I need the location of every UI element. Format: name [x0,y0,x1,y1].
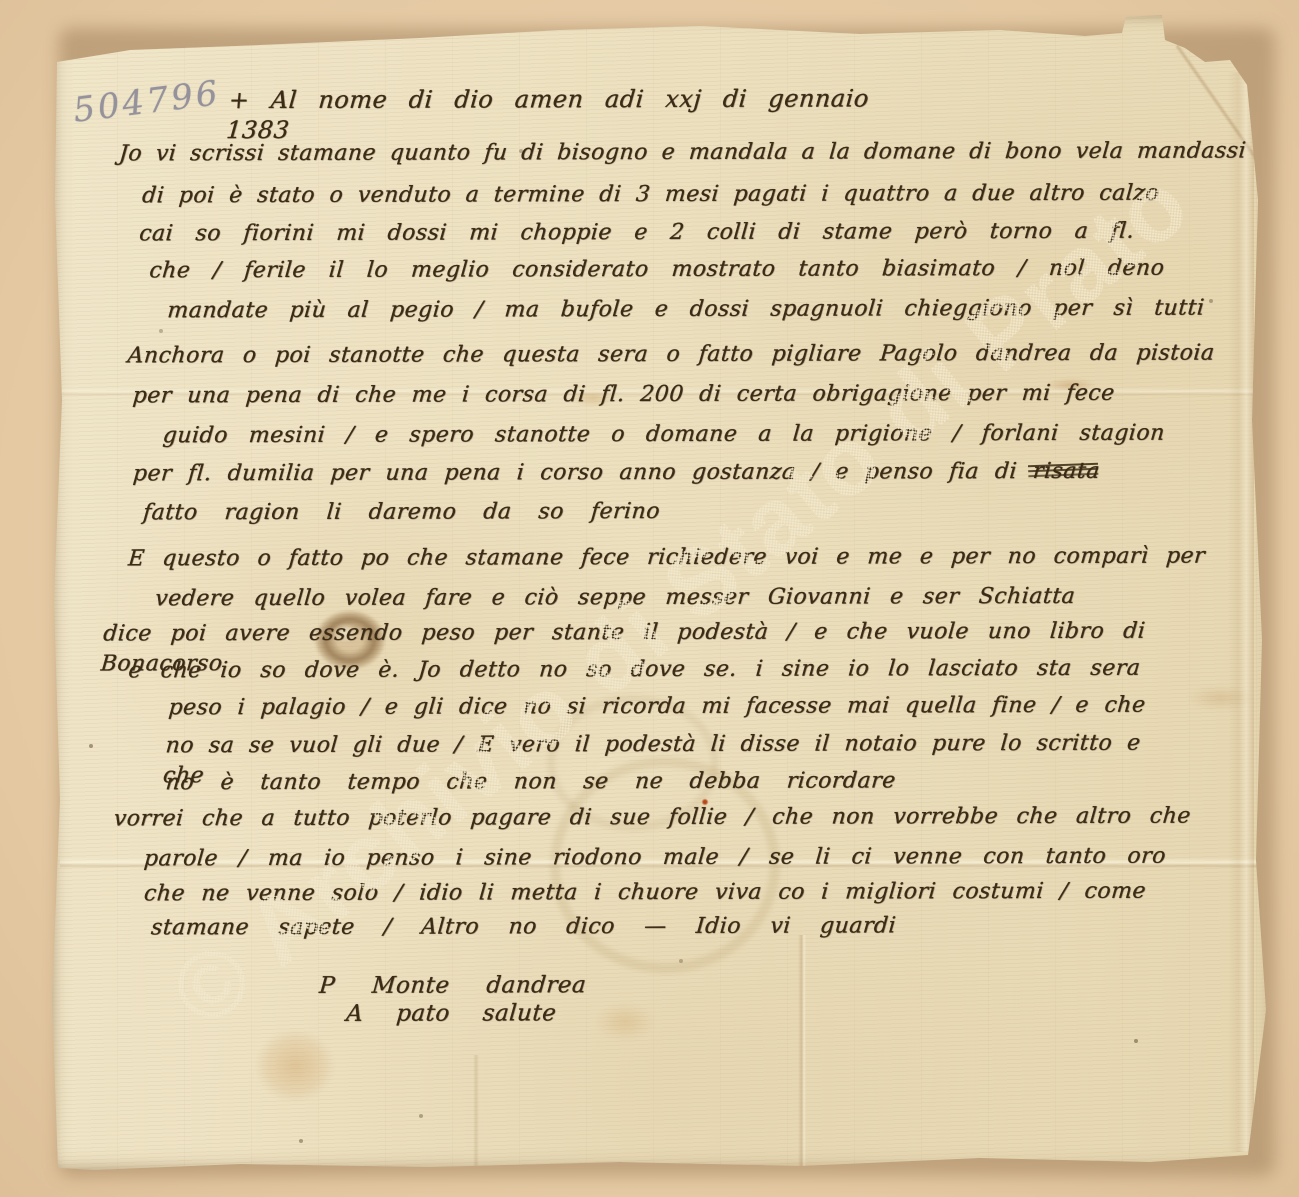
manuscript-line: peso i palagio / e gli dice no si ricord… [167,691,1147,728]
manuscript-line: cai so fiorini mi dossi mi choppie e 2 c… [138,217,1136,254]
manuscript-line: Anchora o poi stanotte che questa sera o… [126,339,1216,376]
red-wax-dot [701,798,709,806]
manuscript-line: parole / ma io penso i sine riodono male… [142,842,1167,879]
manuscript-line: fatto ragion li daremo da so ferino [141,497,661,532]
manuscript-line: che ne venne solo / idio li metta i chuo… [142,877,1147,914]
address-line: A pato salute [345,998,558,1033]
manuscript-paper: 504796 + Al nome di dio amen adi xxj di … [50,12,1275,1172]
scanned-letter-stage: 504796 + Al nome di dio amen adi xxj di … [0,0,1299,1197]
manuscript-line: stamane sapete / Altro no dico — Idio vi… [149,911,897,947]
manuscript-line: di poi è stato o venduto a termine di 3 … [141,179,1161,216]
manuscript-line: vedere quello volea fare e ciò seppe mes… [154,582,1077,618]
manuscript-address-block: P Monte dandreaA pato salute [48,10,1273,13]
manuscript-line: mandate più al pegio / ma bufole e dossi… [166,294,1206,331]
manuscript-text-block: + Al nome di dio amen adi xxj di gennaio… [48,10,1276,1173]
manuscript-body-lines: Jo vi scrissi stamane quanto fu di bisog… [48,10,1273,13]
manuscript-line: e che io so dove è. Jo detto no so dove … [127,654,1142,691]
manuscript-header-line: + Al nome di dio amen adi xxj di gennaio… [227,83,870,119]
paper-fiber-specks [50,12,52,14]
manuscript-line: per fl. dumilia per una pena i corso ann… [131,457,1101,494]
manuscript-line: no sa se vuol gli due / E vero il podest… [164,729,1142,766]
manuscript-line: no è tanto tempo che non se ne debba ric… [164,766,897,802]
manuscript-line: che / ferile il lo meglio considerato mo… [148,254,1166,291]
manuscript-line: guido mesini / e spero stanotte o domane… [161,419,1166,456]
manuscript-line: Jo vi scrissi stamane quanto fu di bisog… [117,136,1247,173]
manuscript-line: vorrei che a tutto poterlo pagare di sue… [112,802,1192,839]
manuscript-line: dice poi avere essendo peso per stante i… [102,617,1147,654]
manuscript-line: E questo o fatto po che stamane fece ric… [126,542,1206,579]
manuscript-line: per una pena di che me i corsa di fl. 20… [131,379,1116,416]
